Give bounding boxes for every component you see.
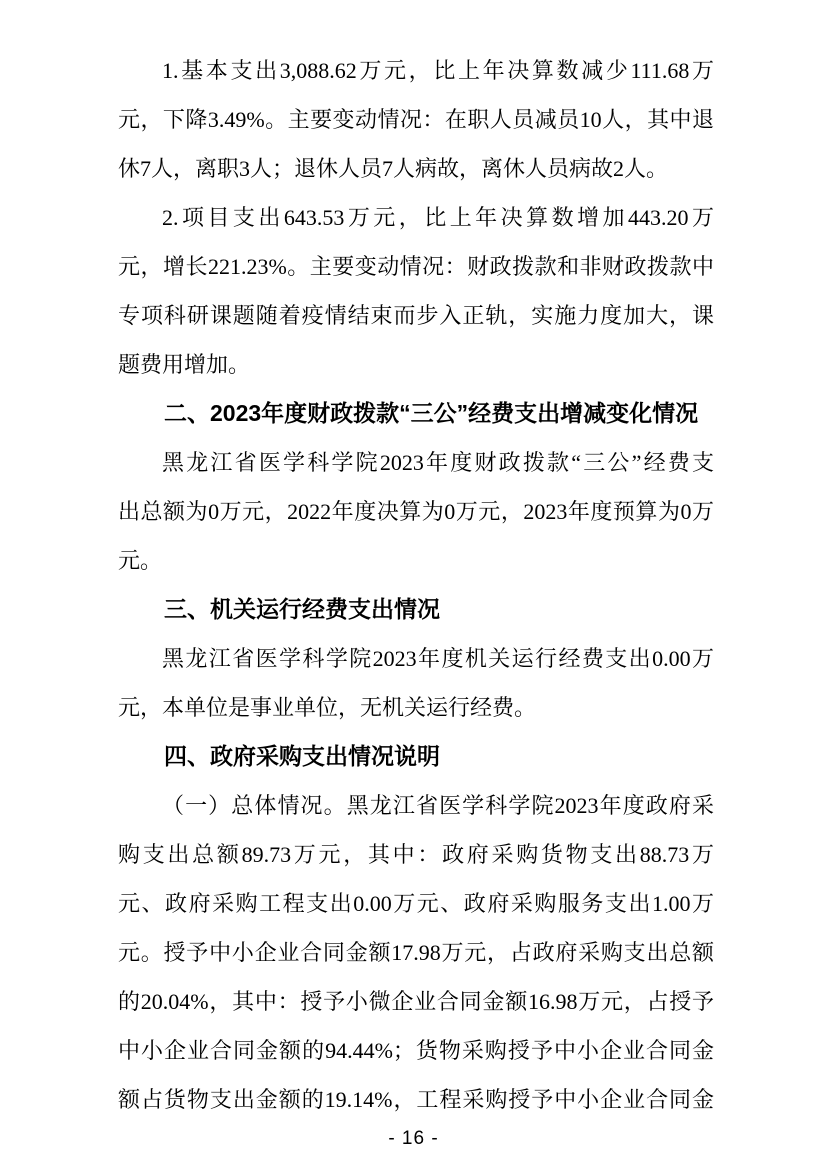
body-line: 中小企业合同金额的94.44%；货物采购授予中小企业合同金 — [118, 1026, 714, 1075]
body-line: 额占货物支出金额的19.14%，工程采购授予中小企业合同金 — [118, 1075, 714, 1124]
body-line: 的20.04%，其中：授予小微企业合同金额16.98万元，占授予 — [118, 977, 714, 1026]
paragraph-project-expenditure: 2.项目支出643.53万元，比上年决算数增加443.20万 元，增长221.2… — [118, 193, 714, 389]
paragraph-three-public-funds: 黑龙江省医学科学院2023年度财政拨款“三公”经费支 出总额为0万元，2022年… — [118, 438, 714, 585]
document-body: 1.基本支出3,088.62万元，比上年决算数减少111.68万 元，下降3.4… — [118, 46, 714, 1124]
body-line: 2.项目支出643.53万元，比上年决算数增加443.20万 — [118, 193, 714, 242]
paragraph-basic-expenditure: 1.基本支出3,088.62万元，比上年决算数减少111.68万 元，下降3.4… — [118, 46, 714, 193]
body-line: 元，增长221.23%。主要变动情况：财政拨款和非财政拨款中 — [118, 242, 714, 291]
body-line: 休7人，离职3人；退休人员7人病故，离休人员病故2人。 — [118, 144, 714, 193]
body-line: 购支出总额89.73万元，其中：政府采购货物支出88.73万 — [118, 830, 714, 879]
body-line: 元，下降3.49%。主要变动情况：在职人员减员10人，其中退 — [118, 95, 714, 144]
document-page: 1.基本支出3,088.62万元，比上年决算数减少111.68万 元，下降3.4… — [0, 0, 827, 1170]
body-line: 出总额为0万元，2022年度决算为0万元，2023年度预算为0万 — [118, 487, 714, 536]
body-line: 元、政府采购工程支出0.00万元、政府采购服务支出1.00万 — [118, 879, 714, 928]
body-line: 元。 — [118, 536, 714, 585]
body-line: 专项科研课题随着疫情结束而步入正轨，实施力度加大，课 — [118, 291, 714, 340]
body-line: 黑龙江省医学科学院2023年度财政拨款“三公”经费支 — [118, 438, 714, 487]
paragraph-operating-funds: 黑龙江省医学科学院2023年度机关运行经费支出0.00万 元，本单位是事业单位，… — [118, 634, 714, 732]
body-line: 黑龙江省医学科学院2023年度机关运行经费支出0.00万 — [118, 634, 714, 683]
section-heading-government-procurement: 四、政府采购支出情况说明 — [118, 732, 714, 781]
page-number: - 16 - — [0, 1128, 827, 1150]
body-line: 元。授予中小企业合同金额17.98万元，占政府采购支出总额 — [118, 928, 714, 977]
body-line: 1.基本支出3,088.62万元，比上年决算数减少111.68万 — [118, 46, 714, 95]
body-line: 题费用增加。 — [118, 340, 714, 389]
section-heading-operating-funds: 三、机关运行经费支出情况 — [118, 585, 714, 634]
section-heading-three-public-funds: 二、2023年度财政拨款“三公”经费支出增减变化情况 — [118, 389, 714, 438]
body-line: 元，本单位是事业单位，无机关运行经费。 — [118, 683, 714, 732]
body-line: （一）总体情况。黑龙江省医学科学院2023年度政府采 — [118, 781, 714, 830]
paragraph-government-procurement: （一）总体情况。黑龙江省医学科学院2023年度政府采 购支出总额89.73万元，… — [118, 781, 714, 1124]
